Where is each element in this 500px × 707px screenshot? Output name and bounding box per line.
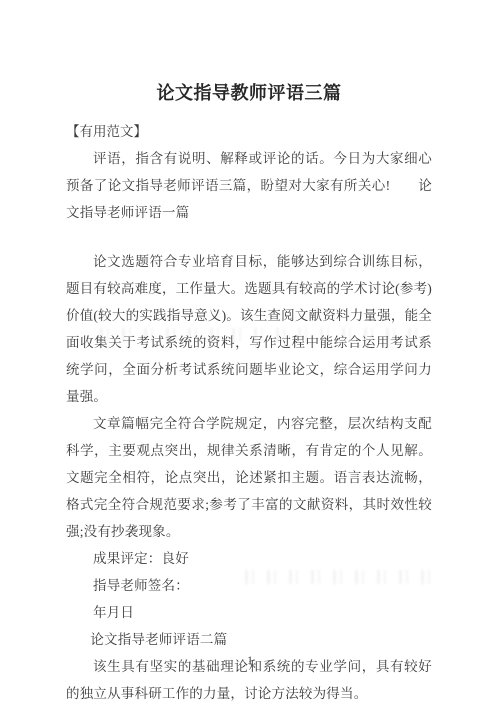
- body-paragraph-2: 文章篇幅完全符合学院规定，内容完整，层次结构支配科学，主要观点突出，规律关系清晰…: [66, 410, 432, 545]
- body-paragraph-1: 论文选题符合专业培育目标，能够达到综合训练目标，题目有较高难度，工作量大。选题具…: [66, 248, 432, 410]
- intro-paragraph: 评语，指含有说明、解释或评论的话。今日为大家细心预备了论文指导老师评语三篇，盼望…: [66, 145, 432, 226]
- document-title: 论文指导教师评语三篇: [66, 0, 432, 106]
- page-number: 1: [0, 652, 500, 668]
- date-line: 年月日: [66, 599, 432, 626]
- document-page: 论文指导教师评语三篇 【有用范文】 评语，指含有说明、解释或评论的话。今日为大家…: [0, 0, 500, 707]
- document-content: 论文指导教师评语三篇 【有用范文】 评语，指含有说明、解释或评论的话。今日为大家…: [0, 0, 500, 707]
- signature-line: 指导老师签名：: [66, 572, 432, 599]
- tag-label: 【有用范文】: [66, 118, 432, 145]
- result-line: 成果评定：良好: [66, 545, 432, 572]
- paragraph-spacer: [66, 226, 432, 248]
- section-2-heading: 论文指导老师评语二篇: [66, 626, 432, 653]
